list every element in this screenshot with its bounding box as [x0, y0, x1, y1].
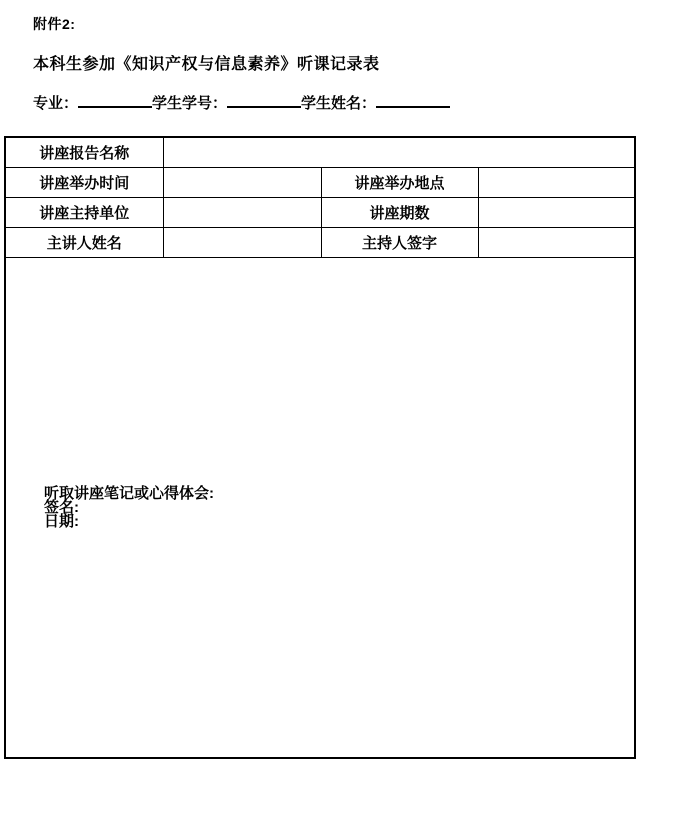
time-label: 讲座举办时间 [5, 167, 163, 197]
host-signature-value-cell[interactable] [478, 227, 635, 257]
table-row: 讲座举办时间 讲座举办地点 [5, 167, 635, 197]
form-title: 本科生参加《知识产权与信息素养》听课记录表 [33, 51, 380, 74]
session-value-cell[interactable] [478, 197, 635, 227]
student-id-blank-field[interactable] [227, 93, 301, 108]
student-info-line: 专业：学生学号：学生姓名： [33, 92, 450, 113]
student-name-blank-field[interactable] [376, 93, 450, 108]
host-signature-label: 主持人签字 [321, 227, 478, 257]
report-name-label: 讲座报告名称 [5, 137, 163, 167]
table-row: 讲座主持单位 讲座期数 [5, 197, 635, 227]
date-label: 日期: [44, 515, 630, 529]
document-page: 附件2: 本科生参加《知识产权与信息素养》听课记录表 专业：学生学号：学生姓名：… [0, 0, 691, 814]
session-label: 讲座期数 [321, 197, 478, 227]
speaker-value-cell[interactable] [163, 227, 321, 257]
notes-label: 听取讲座笔记或心得体会: [44, 487, 630, 501]
location-label: 讲座举办地点 [321, 167, 478, 197]
report-name-value-cell[interactable] [163, 137, 635, 167]
host-unit-value-cell[interactable] [163, 197, 321, 227]
time-value-cell[interactable] [163, 167, 321, 197]
signature-label: 签名: [44, 501, 630, 515]
host-unit-label: 讲座主持单位 [5, 197, 163, 227]
table-row: 讲座报告名称 [5, 137, 635, 167]
notes-area[interactable]: 听取讲座笔记或心得体会: 签名: 日期: [5, 257, 635, 758]
major-blank-field[interactable] [78, 93, 152, 108]
student-name-label: 学生姓名： [301, 95, 376, 112]
location-value-cell[interactable] [478, 167, 635, 197]
speaker-label: 主讲人姓名 [5, 227, 163, 257]
table-row: 听取讲座笔记或心得体会: 签名: 日期: [5, 257, 635, 758]
attachment-label: 附件2: [33, 14, 75, 34]
table-row: 主讲人姓名 主持人签字 [5, 227, 635, 257]
student-id-label: 学生学号： [152, 95, 227, 112]
lecture-record-table: 讲座报告名称 讲座举办时间 讲座举办地点 讲座主持单位 讲座期数 主讲人姓名 主… [4, 136, 636, 759]
major-label: 专业： [33, 95, 78, 112]
